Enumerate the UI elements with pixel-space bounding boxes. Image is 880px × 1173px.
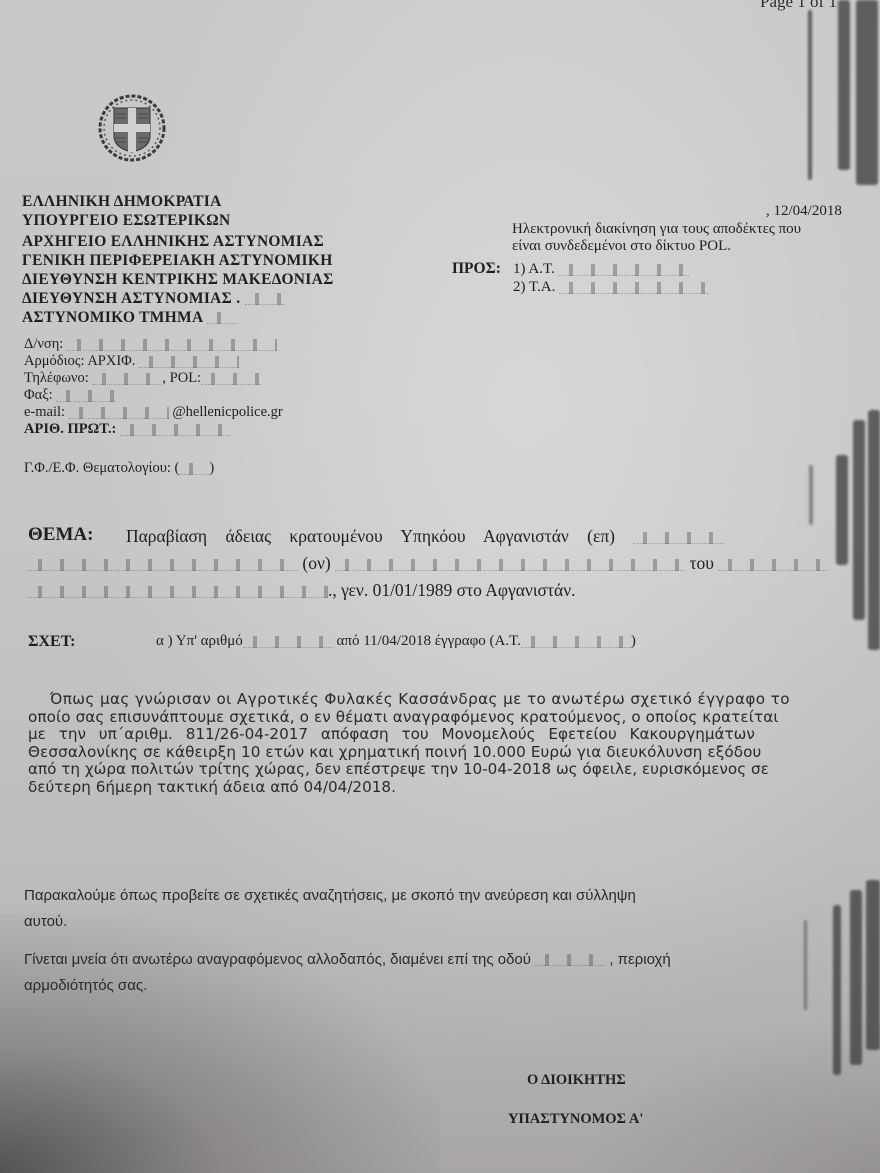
- redacted-field: [139, 356, 239, 368]
- redacted-field: [559, 282, 709, 294]
- sender-block: ΕΛΛΗΝΙΚΗ ΔΗΜΟΚΡΑΤΙΑ ΥΠΟΥΡΓΕΙΟ ΕΣΩΤΕΡΙΚΩΝ…: [22, 192, 334, 327]
- body-paragraph-1: Όπως μας γνώρισαν οι Αγροτικές Φυλακές Κ…: [28, 691, 818, 797]
- phone-row: Τηλέφωνο: , POL:: [24, 370, 283, 387]
- redacted-field: [28, 559, 298, 571]
- redacted-field: [67, 339, 277, 351]
- redacted-field: [92, 373, 162, 385]
- subject-line-2: (ον) του: [28, 553, 868, 574]
- protocol-row: ΑΡΙΘ. ΠΡΩΤ.:: [24, 421, 283, 438]
- sender-line-7: ΑΣΤΥΝΟΜΙΚΟ ΤΜΗΜΑ: [22, 308, 334, 327]
- sender-line-1: ΕΛΛΗΝΙΚΗ ΔΗΜΟΚΡΑΤΙΑ: [22, 192, 334, 211]
- distribution-note: Ηλεκτρονική διακίνηση για τους αποδέκτες…: [512, 221, 801, 255]
- redacted-field: [535, 954, 605, 966]
- file-ref-row: Γ.Φ./Ε.Φ. Θεματολογίου: (): [24, 460, 283, 477]
- subject-label: ΘΕΜΑ:: [28, 524, 93, 546]
- redacted-field: [521, 636, 631, 648]
- reference-line: α ) Υπ' αριθμό από 11/04/2018 έγγραφο (Α…: [156, 633, 636, 650]
- subject-line-3: ., γεν. 01/01/1989 στο Αφγανιστάν.: [28, 580, 575, 601]
- page-indicator: Page 1 of 1: [760, 0, 837, 12]
- to-item-2: 2) Τ.Α.: [513, 278, 709, 296]
- contact-block: Δ/νση: Αρμόδιος: ΑΡΧΙΦ. Τηλέφωνο: , POL:…: [24, 336, 283, 477]
- address-row: Δ/νση:: [24, 336, 283, 353]
- signature-title: Ο ΔΙΟΙΚΗΤΗΣ: [527, 1072, 626, 1089]
- sender-line-2: ΥΠΟΥΡΓΕΙΟ ΕΣΩΤΕΡΙΚΩΝ: [22, 211, 334, 230]
- redacted-field: [559, 264, 689, 276]
- redacted-field: [243, 636, 333, 648]
- redacted-field: [633, 532, 723, 544]
- redacted-field: [56, 390, 116, 402]
- sender-line-6: ΔΙΕΥΘΥΝΣΗ ΑΣΤΥΝΟΜΙΑΣ .: [22, 289, 334, 308]
- body-paragraph-3: Γίνεται μνεία ότι ανωτέρω αναγραφόμενος …: [24, 947, 671, 999]
- redacted-field: [201, 373, 261, 385]
- responsible-row: Αρμόδιος: ΑΡΧΙΦ.: [24, 353, 283, 370]
- redacted-field: [120, 424, 230, 436]
- sender-line-4: ΓΕΝΙΚΗ ΠΕΡΙΦΕΡΕΙΑΚΗ ΑΣΤΥΝΟΜΙΚΗ: [22, 251, 334, 270]
- redacted-field: [69, 407, 169, 419]
- email-row: e-mail: @hellenicpolice.gr: [24, 404, 283, 421]
- redacted-field: [245, 293, 285, 305]
- sender-line-3: ΑΡΧΗΓΕΙΟ ΕΛΛΗΝΙΚΗΣ ΑΣΤΥΝΟΜΙΑΣ: [22, 232, 334, 251]
- redacted-field: [28, 586, 328, 598]
- redacted-field: [718, 559, 828, 571]
- body-paragraph-2: Παρακαλούμε όπως προβείτε σε σχετικές αν…: [24, 883, 636, 935]
- to-list: 1) Α.Τ. 2) Τ.Α.: [513, 260, 709, 296]
- reference-label: ΣΧΕΤ:: [28, 633, 76, 651]
- to-item-1: 1) Α.Τ.: [513, 260, 709, 278]
- to-label: ΠΡΟΣ:: [452, 260, 501, 277]
- redacted-field: [207, 312, 237, 324]
- greek-coat-of-arms-icon: [94, 90, 170, 166]
- redacted-field: [179, 463, 209, 475]
- signature-rank: ΥΠΑΣΤΥΝΟΜΟΣ Α': [508, 1111, 643, 1128]
- sender-line-5: ΔΙΕΥΘΥΝΣΗ ΚΕΝΤΡΙΚΗΣ ΜΑΚΕΔΟΝΙΑΣ: [22, 270, 334, 289]
- subject-line-1: Παραβίαση άδειας κρατουμένου Υπηκόου Αφγ…: [126, 526, 723, 547]
- redacted-field: [335, 559, 685, 571]
- document-date: , 12/04/2018: [766, 203, 842, 220]
- fax-row: Φαξ:: [24, 387, 283, 404]
